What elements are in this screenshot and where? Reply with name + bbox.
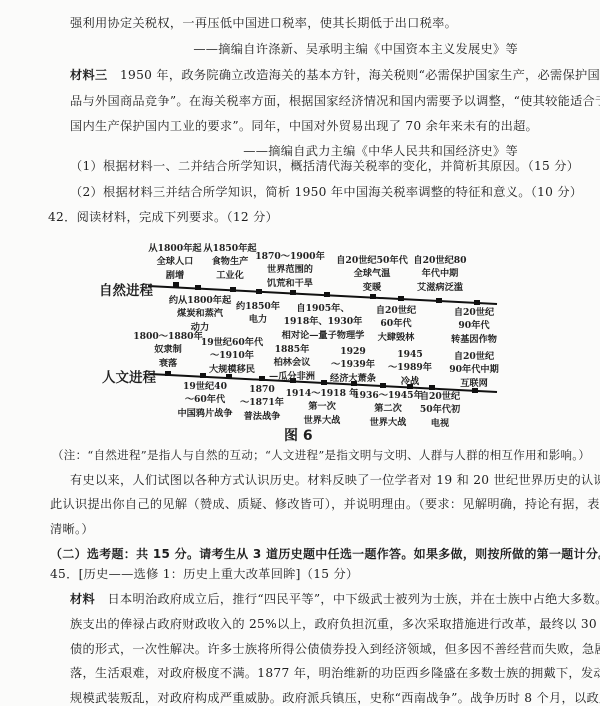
natural-event: 自1905年、 1918年、1930年 相对论—量子物理学	[282, 302, 365, 342]
natural-event: 1870～1900年 世界范围的 饥荒和干旱	[255, 250, 325, 290]
human-event: 1936～1945年 第二次 世界大战	[353, 389, 423, 429]
q45-material-label: 材料	[70, 592, 95, 606]
q45-line-5: 规模武装叛乱，对政府构成严重威胁。政府派兵镇压，史称“西南战争”。战争历时 8 …	[70, 690, 600, 706]
natural-event: 自20世纪50年代 全球气温 变暖	[336, 254, 408, 294]
natural-event: 约从1800年起 煤炭和蒸汽 动力	[169, 294, 231, 334]
human-event: 19世纪60年代 ～1910年 大规模移民	[201, 336, 263, 376]
human-event: 1914～1918 年 第一次 世界大战	[286, 387, 359, 427]
q45-header: 45．[历史——选修 1：历史上重大改革回眸]（15 分）	[50, 566, 358, 582]
human-event: 自20世纪 90年代中期 互联网	[449, 350, 499, 390]
natural-event: 自20世纪 60年代 大肆毁林	[376, 304, 416, 344]
natural-event: 自20世纪 90年代 转基因作物	[451, 306, 497, 346]
natural-process-label: 自然进程	[99, 279, 153, 299]
q42-prompt-1: 有史以来，人们试图以各种方式认识历史。材料反映了一位学者对 19 和 20 世纪…	[70, 472, 600, 488]
human-event: 1945 ～1989年 冷战	[388, 348, 432, 388]
natural-event: 从1800年起 全球人口 剧增	[148, 242, 201, 282]
human-event: 1885年 柏林会议 —瓜分非洲	[269, 343, 315, 383]
natural-event: 约1850年 电力	[236, 300, 280, 327]
figure-caption: 图 6	[284, 425, 313, 445]
human-event: 自20世纪 50年代初 电视	[420, 390, 460, 430]
human-event: 1800～1880年 奴隶制 衰落	[133, 330, 203, 370]
natural-event: 从1850年起 食物生产 工业化	[203, 242, 256, 282]
q45-line-4: 落，生活艰难，对政府极度不满。1877 年，明治维新的功臣西乡隆盛在多数士族的拥…	[70, 665, 600, 681]
human-event: 1929 ～1939年 经济大萧条	[330, 345, 376, 385]
figure-note: （注：“自然进程”是指人与自然的互动；“人文进程”是指文明与文明、人群与人群的相…	[52, 447, 590, 463]
section2-header: （二）选考题：共 15 分。请考生从 3 道历史题中任选一题作答。如果多做，则按…	[50, 546, 600, 562]
q42-prompt-2: 此认识提出你自己的见解（赞成、质疑、修改皆可），并说明理由。（要求：见解明确，持…	[50, 496, 600, 512]
human-event: 19世纪40 ～60年代 中国鸦片战争	[177, 380, 232, 420]
q45-line-3: 债的形式，一次性解决。许多士族将所得公债债券投入到经济领域，但多因不善经营而失败…	[70, 641, 600, 657]
q45-line-1: 材料 日本明治政府成立后，推行“四民平等”，中下级武士被列为士族，并在士族中占绝…	[70, 591, 600, 607]
natural-event: 自20世纪80 年代中期 艾滋病泛滥	[413, 254, 466, 294]
human-event: 1870 ～1871年 普法战争	[240, 383, 284, 423]
q42-prompt-3: 清晰。）	[50, 521, 94, 537]
q45-line-2: 族支出的俸禄占政府财政收入的 25%以上，政府负担沉重，多次采取措施进行改革，最…	[70, 616, 600, 632]
